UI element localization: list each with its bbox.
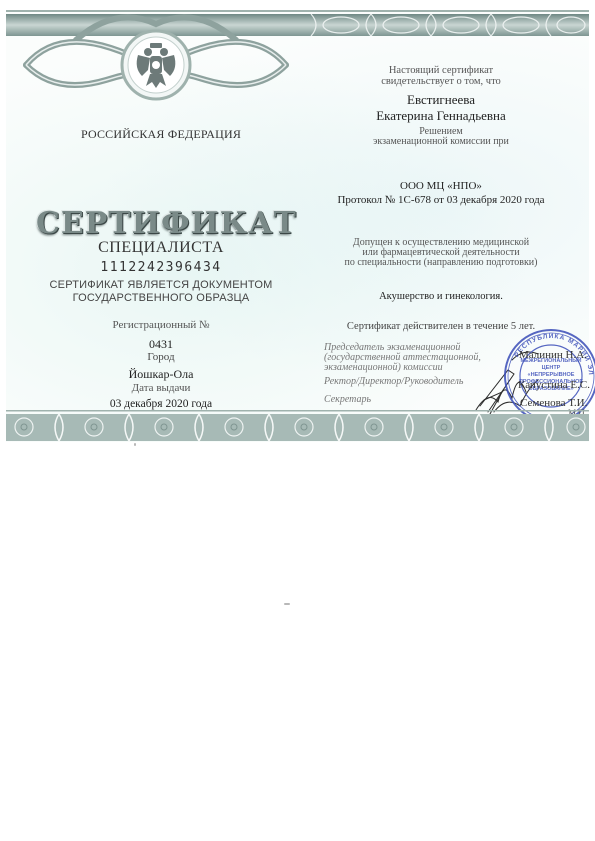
registration-label: Регистрационный № xyxy=(46,319,276,331)
specialty: Акушерство и гинекология. xyxy=(346,291,536,302)
rector-role: Ректор/Директор/Руководитель xyxy=(324,377,463,387)
scan-speck xyxy=(284,603,290,605)
certificate-sheet: РОССИЙСКАЯ ФЕДЕРАЦИЯ СЕРТИФИКАТ СПЕЦИАЛИ… xyxy=(6,10,589,442)
admission-line-3: по специальности (направлению подготовки… xyxy=(326,257,556,268)
bottom-ornamental-band xyxy=(6,410,589,442)
city-value: Йошкар-Ола xyxy=(46,367,276,382)
organization-name: ООО МЦ «НПО» xyxy=(346,180,536,192)
secretary-role: Секретарь xyxy=(324,395,371,405)
scan-speck xyxy=(134,443,136,446)
certificate-subtitle: СПЕЦИАЛИСТА xyxy=(46,239,276,257)
chair-name: Малинин Н.А. xyxy=(519,349,587,361)
chair-role-line-3: экзаменационной) комиссии xyxy=(324,363,443,373)
holder-given-names: Екатерина Геннадьевна xyxy=(336,108,546,124)
document-status-line-1: СЕРТИФИКАТ ЯВЛЯЕТСЯ ДОКУМЕНТОМ xyxy=(26,279,296,291)
intro-line-1: Настоящий сертификат xyxy=(346,65,536,76)
issue-date-value: 03 декабря 2020 года xyxy=(46,398,276,410)
intro-line-2: свидетельствует о том, что xyxy=(346,76,536,87)
registration-number: 0431 xyxy=(46,337,276,352)
country-heading: РОССИЙСКАЯ ФЕДЕРАЦИЯ xyxy=(46,127,276,142)
protocol-reference: Протокол № 1С-678 от 03 декабря 2020 год… xyxy=(326,194,556,206)
decision-line-2: экзаменационной комиссии при xyxy=(346,136,536,147)
state-emblem-ornament xyxy=(16,10,296,120)
issue-date-label: Дата выдачи xyxy=(46,382,276,394)
certificate-number: 1112242396434 xyxy=(46,260,276,275)
document-status-line-2: ГОСУДАРСТВЕННОГО ОБРАЗЦА xyxy=(26,292,296,304)
certificate-title: СЕРТИФИКАТ xyxy=(36,206,286,241)
svg-text:ЦЕНТР: ЦЕНТР xyxy=(542,365,561,371)
holder-surname: Евстигнеева xyxy=(346,92,536,108)
svg-text:«НЕПРЕРЫВНОЕ: «НЕПРЕРЫВНОЕ xyxy=(528,372,575,378)
rector-name: Капустина Е.С. xyxy=(518,379,590,391)
city-label: Город xyxy=(46,351,276,363)
